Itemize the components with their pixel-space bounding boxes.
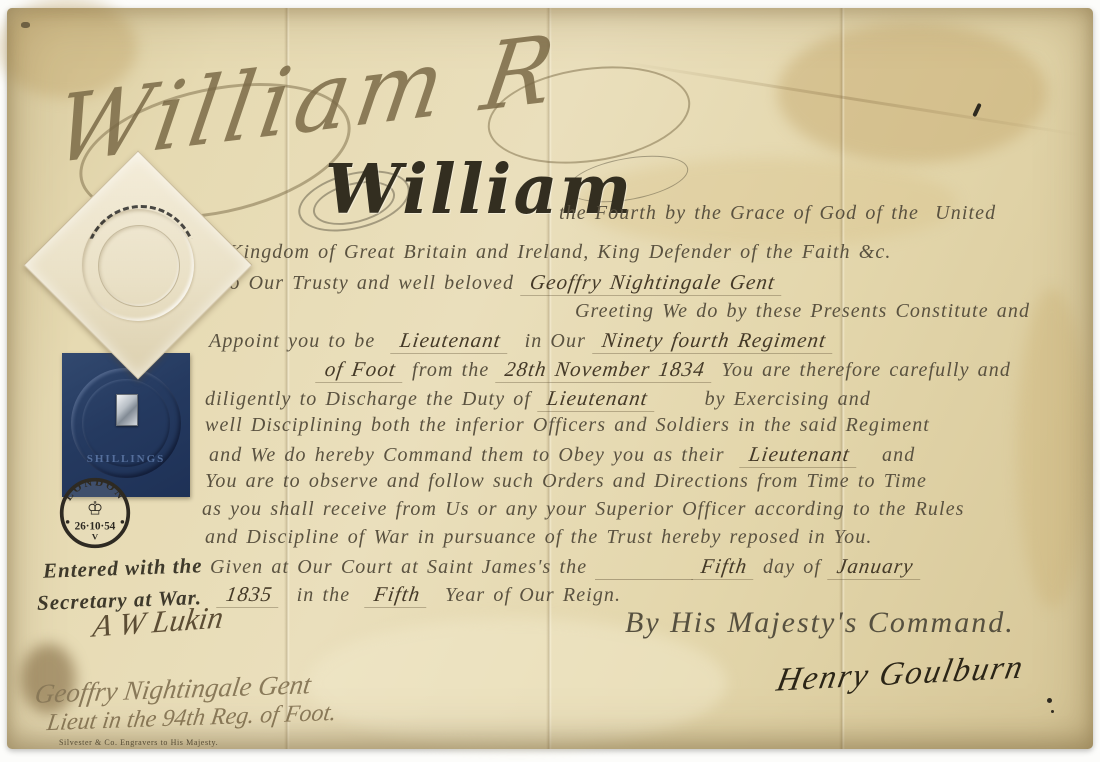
- document-line: Greeting We do by these Presents Constit…: [575, 300, 1030, 323]
- handwritten-fill-in: Lieutenant: [739, 442, 859, 468]
- engraved-text: from the: [404, 359, 497, 381]
- engraver-imprint: Silvester & Co. Engravers to His Majesty…: [59, 738, 218, 747]
- engraved-text: and We do hereby Command them to Obey yo…: [209, 444, 741, 466]
- handwritten-fill-in: Lieutenant: [537, 386, 657, 412]
- engraved-text: in Our: [508, 330, 594, 352]
- document-line: Kingdom of Great Britain and Ireland, Ki…: [229, 241, 891, 264]
- parchment-document: William R William the Fourth by the Grac…: [7, 8, 1093, 749]
- engraved-text: and: [858, 444, 916, 466]
- document-line: 1835 in the Fifth Year of Our Reign.: [218, 582, 621, 608]
- engraved-text: Kingdom of Great Britain and Ireland, Ki…: [229, 241, 891, 263]
- engraved-text: You are to observe and follow such Order…: [205, 470, 927, 492]
- screenshot-root: { "document": { "royal_signature": "Will…: [0, 0, 1100, 762]
- entered-line-1: Entered with the: [43, 553, 203, 584]
- ink-speck: [1051, 710, 1054, 713]
- document-line: Given at Our Court at Saint James's the …: [210, 554, 922, 580]
- document-line: Appoint you to be Lieutenant in Our Nine…: [209, 328, 834, 354]
- silver-foil-cipher: [116, 394, 138, 426]
- london-date-stamp: LONDON ♔ 26·10·54 V: [58, 476, 132, 550]
- crown-icon: ♔: [87, 499, 104, 519]
- engraved-text: To Our Trusty and well beloved: [219, 272, 522, 294]
- handwritten-fill-in: Geoffry Nightingale Gent: [520, 270, 785, 296]
- handwritten-fill-in: Lieutenant: [390, 328, 510, 354]
- handwritten-fill-in: 1835: [216, 582, 282, 608]
- document-line: well Disciplining both the inferior Offi…: [205, 414, 930, 437]
- handwritten-fill-in: Fifth: [691, 554, 757, 580]
- engraved-text: Greeting We do by these Presents Constit…: [575, 300, 1030, 322]
- document-line: and Discipline of War in pursuance of th…: [205, 526, 872, 549]
- paper-stain: [1017, 288, 1087, 608]
- handwritten-fill-in: January: [827, 554, 923, 580]
- stamp-date: 26·10·54: [75, 520, 116, 532]
- ink-speck: [21, 22, 30, 28]
- handwritten-fill-in: Fifth: [365, 582, 431, 608]
- engraved-text: You are therefore carefully and: [713, 359, 1011, 381]
- engraved-text: diligently to Discharge the Duty of: [205, 388, 539, 410]
- engraved-text: Given at Our Court at Saint James's the: [210, 556, 595, 578]
- document-line: To Our Trusty and well beloved Geoffry N…: [219, 270, 783, 296]
- stamp-dot: [121, 520, 125, 524]
- seal-face: [58, 185, 218, 345]
- ink-speck: [1047, 698, 1052, 703]
- duty-stamp-denomination: SHILLINGS: [62, 453, 190, 465]
- secretary-signature: Henry Goulburn: [774, 649, 1028, 699]
- document-line: the Fourth by the Grace of God of the Un…: [559, 202, 996, 225]
- document-line: of Foot from the 28th November 1834 You …: [317, 357, 1011, 383]
- engraved-text: Year of Our Reign.: [429, 584, 621, 606]
- engraved-text: and Discipline of War in pursuance of th…: [205, 526, 872, 548]
- document-line: diligently to Discharge the Duty of Lieu…: [205, 386, 871, 412]
- handwritten-fill-in: Ninety fourth Regiment: [592, 328, 836, 354]
- document-line: and We do hereby Command them to Obey yo…: [209, 442, 915, 468]
- blank-rule: [595, 556, 692, 580]
- stamp-code: V: [92, 532, 99, 542]
- engraved-text: the Fourth by the Grace of God of the Un…: [559, 202, 996, 224]
- engraved-text: day of: [755, 556, 829, 578]
- document-line: as you shall receive from Us or any your…: [202, 498, 965, 521]
- handwritten-fill-in: of Foot: [315, 357, 406, 383]
- engraved-text: as you shall receive from Us or any your…: [202, 498, 965, 520]
- handwritten-fill-in: 28th November 1834: [496, 357, 716, 383]
- document-line: You are to observe and follow such Order…: [205, 470, 927, 493]
- stamp-dot: [66, 520, 70, 524]
- engraved-text: by Exercising and: [656, 388, 871, 410]
- by-command-line: By His Majesty's Command.: [625, 606, 1015, 640]
- engraved-text: in the: [280, 584, 366, 606]
- engraved-text: well Disciplining both the inferior Offi…: [205, 414, 930, 436]
- engraved-text: Appoint you to be: [209, 330, 392, 352]
